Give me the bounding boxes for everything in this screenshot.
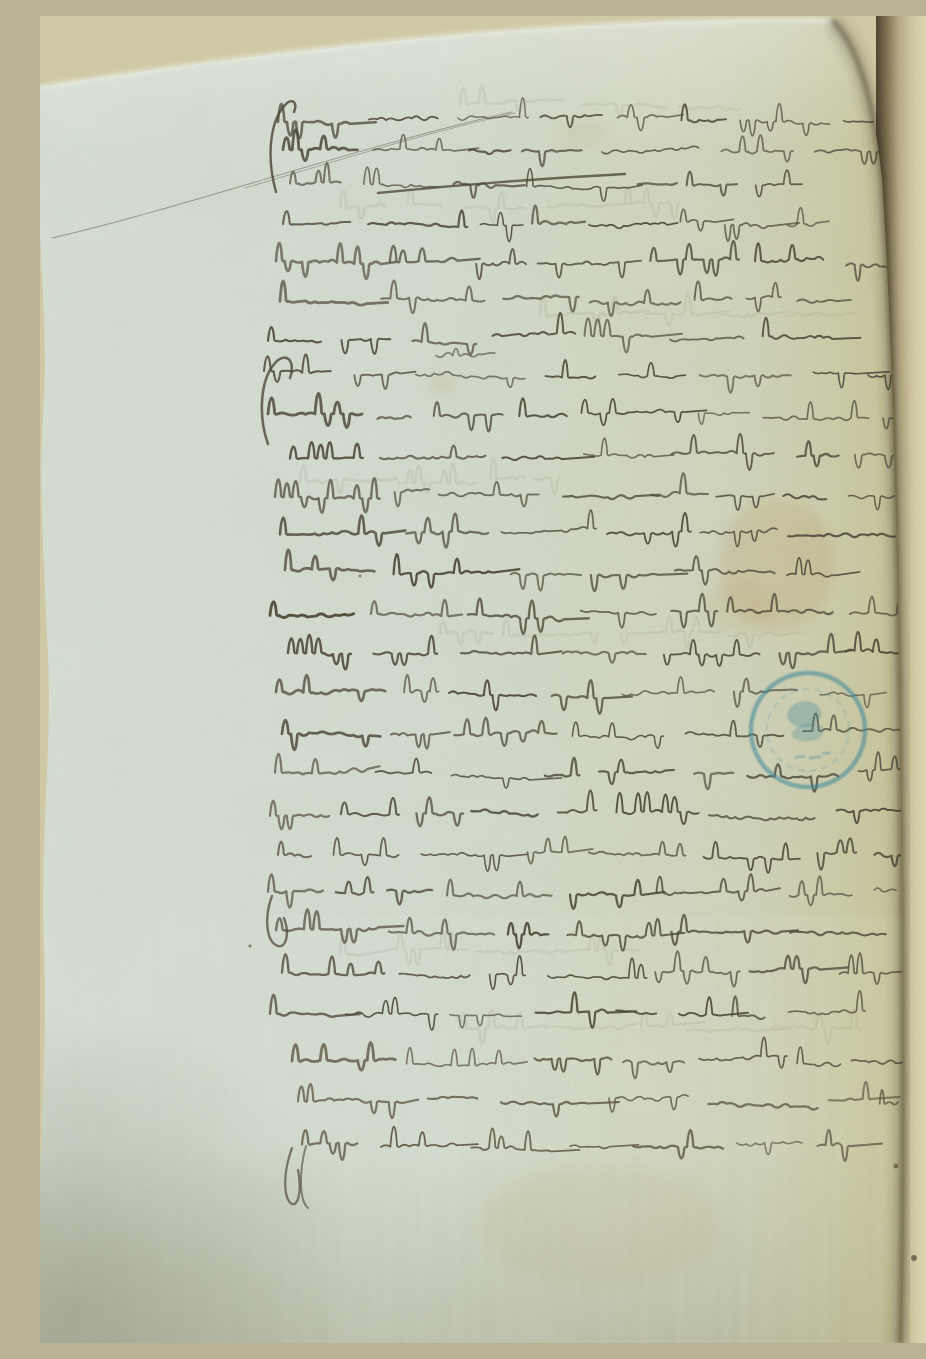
manuscript-photo: Early-modern French manuscript leaf writ… xyxy=(40,16,926,1343)
photo-grain xyxy=(40,16,926,1343)
manuscript-page xyxy=(40,16,926,1343)
